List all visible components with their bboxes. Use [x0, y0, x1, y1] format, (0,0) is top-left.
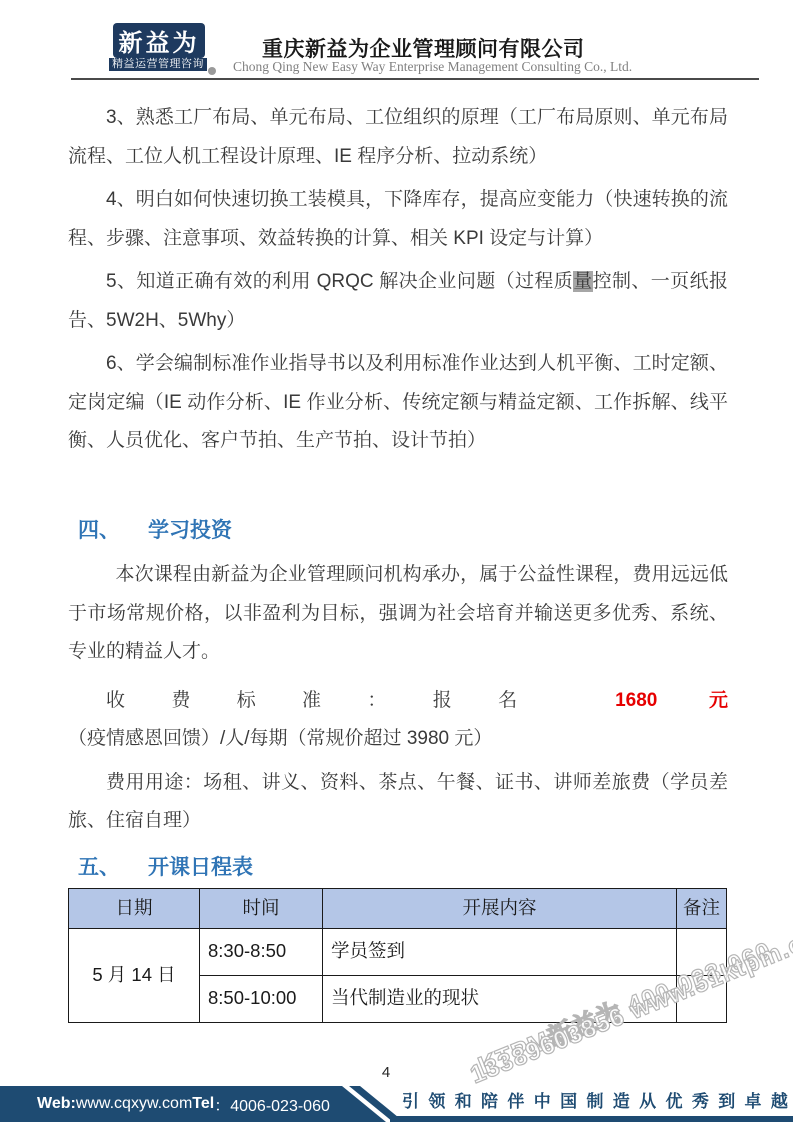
fee-standard-line: 收费标准：报名 1680 元（疫情感恩回馈）/人/每期（常规价超过 3980 元…	[68, 682, 728, 759]
section5-number: 五、	[78, 854, 120, 881]
fee-usage-line: 费用用途：场租、讲义、资料、茶点、午餐、证书、讲师差旅费（学员差旅、住宿自理）	[68, 764, 728, 841]
section5-heading: 五、 开课日程表	[78, 854, 728, 881]
item5-text-a: 5、知道正确有效的利用 QRQC 解决企业问题（过程质	[106, 271, 573, 292]
page-number: 4	[358, 1064, 414, 1081]
section5-title: 开课日程表	[148, 854, 253, 881]
tel-number: ：4006-023-060	[214, 1093, 330, 1116]
header-divider	[71, 78, 759, 80]
objective-item-3: 3、熟悉工厂布局、单元布局、工位组织的原理（工厂布局原则、单元布局流程、工位人机…	[68, 99, 728, 176]
objective-item-4: 4、明白如何快速切换工装模具，下降库存，提高应变能力（快速转换的流程、步骤、注意…	[68, 181, 728, 258]
web-url: www.cqxyw.com	[76, 1095, 192, 1113]
col-header-note: 备注	[677, 889, 727, 929]
section4-heading: 四、 学习投资	[78, 517, 728, 544]
time-cell: 8:50-10:00	[200, 975, 323, 1022]
objectives-list: 3、熟悉工厂布局、单元布局、工位组织的原理（工厂布局原则、单元布局流程、工位人机…	[68, 99, 728, 466]
item5-highlighted-char: 量	[573, 271, 592, 292]
footer-bottom-strip	[390, 1116, 793, 1122]
company-name-en: Chong Qing New Easy Way Enterprise Manag…	[233, 59, 632, 75]
fee-prefix: 收费标准：报名	[106, 690, 615, 711]
company-logo: 新益为	[113, 23, 205, 58]
table-row: 5 月 14 日 8:30-8:50 学员签到	[69, 928, 727, 975]
col-header-date: 日期	[69, 889, 200, 929]
tel-label: Tel	[192, 1095, 214, 1113]
date-cell: 5 月 14 日	[69, 928, 200, 1022]
time-cell: 8:30-8:50	[200, 928, 323, 975]
fee-suffix: （疫情感恩回馈）/人/每期（常规价超过 3980 元）	[68, 728, 492, 749]
section-learning-investment: 四、 学习投资 本次课程由新益为企业管理顾问机构承办，属于公益性课程，费用远远低…	[68, 517, 728, 846]
footer-bar: Web: www.cqxyw.comTel：4006-023-060 引领和陪伴…	[0, 1086, 793, 1122]
objective-item-6: 6、学会编制标准作业指导书以及利用标准作业达到人机平衡、工时定额、定岗定编（IE…	[68, 345, 728, 461]
logo-wordmark: 新益为	[119, 23, 200, 58]
schedule-header-row: 日期 时间 开展内容 备注	[69, 889, 727, 929]
footer-slogan: 引领和陪伴中国制造从优秀到卓越	[402, 1086, 789, 1116]
logo-dot-icon	[208, 67, 216, 75]
footer-contact: Web: www.cqxyw.comTel：4006-023-060	[37, 1086, 330, 1122]
col-header-time: 时间	[200, 889, 323, 929]
content-cell: 学员签到	[323, 928, 677, 975]
fee-price: 1680 元	[615, 690, 728, 711]
col-header-content: 开展内容	[323, 889, 677, 929]
web-label: Web:	[37, 1095, 76, 1113]
objective-item-5: 5、知道正确有效的利用 QRQC 解决企业问题（过程质量控制、一页纸报告、5W2…	[68, 263, 728, 340]
document-page: 新益为 精益运营管理咨询 重庆新益为企业管理顾问有限公司 Chong Qing …	[0, 0, 793, 1122]
section4-paragraph: 本次课程由新益为企业管理顾问机构承办，属于公益性课程，费用远远低于市场常规价格，…	[68, 556, 728, 672]
logo-tagline: 精益运营管理咨询	[109, 58, 207, 71]
section4-title: 学习投资	[148, 517, 232, 544]
section4-number: 四、	[78, 517, 120, 544]
